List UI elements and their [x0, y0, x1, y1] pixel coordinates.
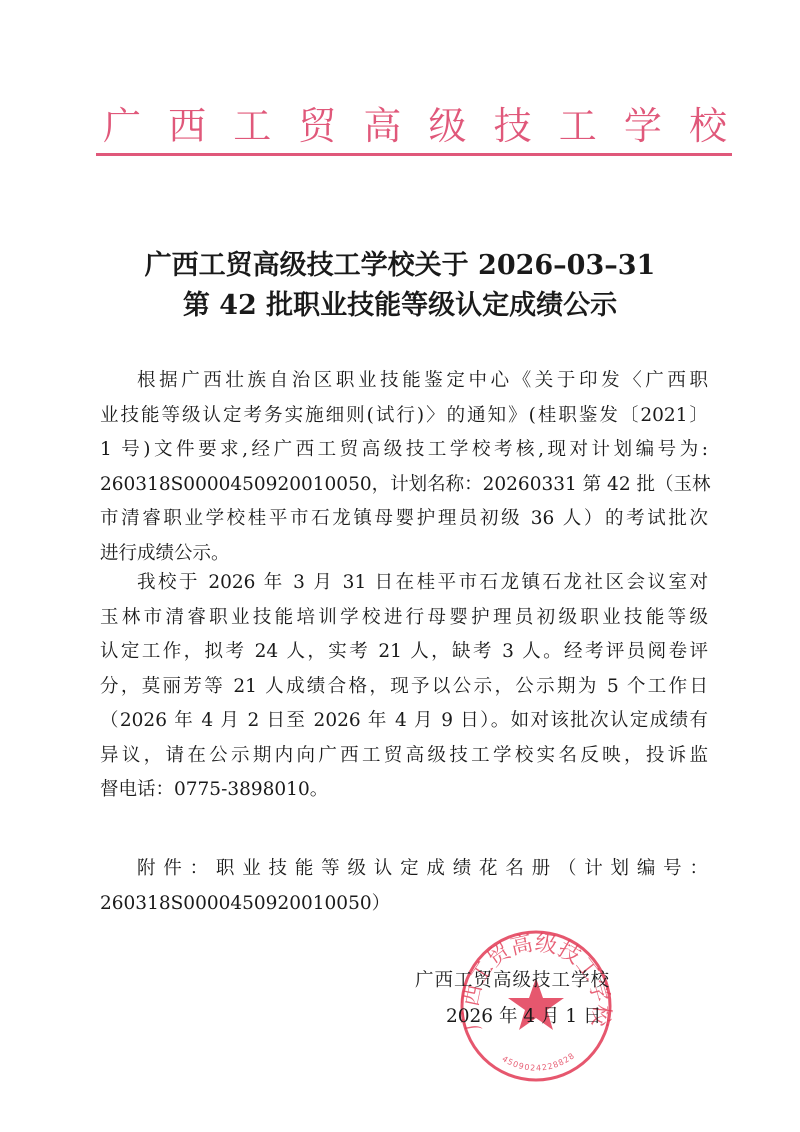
text-line: （2026 年 4 月 2 日至 2026 年 4 月 9 日）。如对该批次认定… [100, 704, 708, 739]
svg-text:4509024228828: 4509024228828 [500, 1051, 576, 1073]
letterhead-char: 工 [228, 95, 276, 150]
letterhead-char: 级 [424, 95, 472, 150]
paragraph-results: 我校于 2026 年 3 月 31 日在桂平市石龙镇石龙社区会议室对 玉林市清睿… [100, 566, 708, 808]
letterhead-char: 广 [98, 95, 146, 150]
letterhead-char: 工 [554, 95, 602, 150]
letterhead: 广 西 工 贸 高 级 技 工 学 校 [98, 98, 732, 146]
signature-organization: 广西工贸高级技工学校 [415, 966, 610, 992]
text-line: 认定工作，拟考 24 人，实考 21 人，缺考 3 人。经考评员阅卷评 [100, 635, 708, 670]
text-line: 1 号)文件要求,经广西工贸高级技工学校考核,现对计划编号为: [100, 433, 708, 468]
signature-date: 2026 年 4 月 1 日 [446, 1002, 602, 1028]
document-title-line2: 第 42 批职业技能等级认定成绩公示 [0, 283, 800, 322]
letterhead-char: 技 [489, 95, 537, 150]
document-title-line1: 广西工贸高级技工学校关于 2026–03–31 [0, 243, 800, 282]
letterhead-char: 贸 [293, 95, 341, 150]
text-line: 玉林市清睿职业技能培训学校进行母婴护理员初级职业技能等级 [100, 601, 708, 636]
text-line: 业技能等级认定考务实施细则(试行)〉的通知》(桂职鉴发〔2021〕 [100, 399, 708, 434]
letterhead-char: 学 [619, 95, 667, 150]
text-line: 异议，请在公示期内向广西工贸高级技工学校实名反映，投诉监 [100, 739, 708, 774]
text-line: 我校于 2026 年 3 月 31 日在桂平市石龙镇石龙社区会议室对 [100, 566, 708, 601]
letterhead-divider [96, 153, 732, 156]
paragraph-basis: 根据广西壮族自治区职业技能鉴定中心《关于印发〈广西职 业技能等级认定考务实施细则… [100, 364, 708, 571]
letterhead-char: 校 [684, 95, 732, 150]
text-line: 市清睿职业学校桂平市石龙镇母婴护理员初级 36 人）的考试批次 [100, 502, 708, 537]
text-line: 根据广西壮族自治区职业技能鉴定中心《关于印发〈广西职 [100, 364, 708, 399]
text-line: 附件：职业技能等级认定成绩花名册（计划编号： [100, 852, 708, 887]
attachment-note: 附件：职业技能等级认定成绩花名册（计划编号： 260318S0000450920… [100, 852, 708, 921]
text-line: 分，莫丽芳等 21 人成绩合格，现予以公示，公示期为 5 个工作日 [100, 670, 708, 705]
text-line: 260318S0000450920010050，计划名称：20260331 第 … [100, 468, 708, 503]
letterhead-char: 高 [358, 95, 406, 150]
text-line: 督电话：0775-3898010。 [100, 773, 708, 808]
letterhead-char: 西 [163, 95, 211, 150]
text-line: 260318S0000450920010050） [100, 887, 708, 922]
